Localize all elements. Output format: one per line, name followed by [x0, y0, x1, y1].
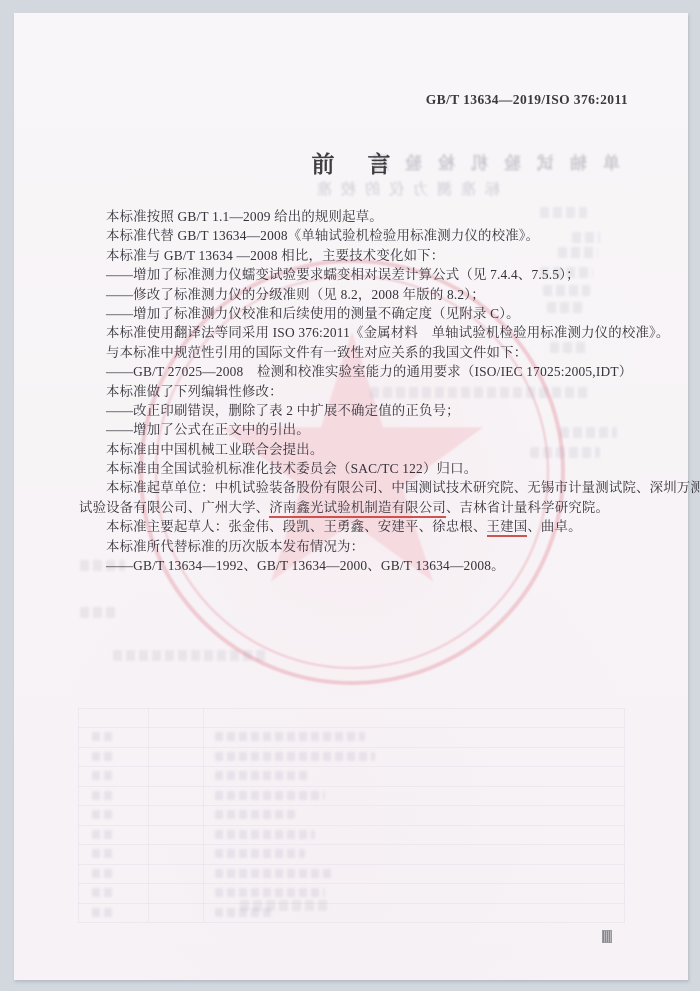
foreword-line: ——GB/T 27025—2008 检测和校准实验室能力的通用要求（ISO/IE… — [79, 362, 664, 381]
bleed-through-table-line — [78, 825, 625, 826]
foreword-line: 试验设备有限公司、广州大学、济南鑫光试验机制造有限公司、吉林省计量科学研究院。 — [79, 498, 664, 517]
foreword-line-text: 本标准使用翻译法等同采用 ISO 376:2011《金属材料 单轴试验机检验用标… — [106, 325, 670, 340]
foreword-line: 本标准按照 GB/T 1.1—2009 给出的规则起草。 — [79, 207, 664, 226]
bleed-through-table-cell — [215, 830, 315, 839]
foreword-line: ——改正印刷错误，删除了表 2 中扩展不确定值的正负号； — [79, 401, 664, 420]
foreword-line-text: ——增加了标准测力仪蠕变试验要求蠕变相对误差计算公式（见 7.4.4、7.5.5… — [106, 267, 580, 282]
bleed-through-table-cell — [215, 771, 310, 780]
foreword-line: 本标准由全国试验机标准化技术委员会（SAC/TC 122）归口。 — [79, 459, 664, 478]
bleed-through-table-cell — [215, 732, 365, 741]
foreword-line: 本标准起草单位：中机试验装备股份有限公司、中国测试技术研究院、无锡市计量测试院、… — [79, 478, 664, 497]
scanned-standard-page: { "page_header": { "standard_code": "GB/… — [0, 0, 700, 991]
foreword-line: ——增加了标准测力仪蠕变试验要求蠕变相对误差计算公式（见 7.4.4、7.5.5… — [79, 265, 664, 284]
foreword-line-text: 与本标准中规范性引用的国际文件有一致性对应关系的我国文件如下： — [106, 345, 527, 360]
bleed-through-table-line — [78, 844, 625, 845]
bleed-through-table-line — [78, 747, 625, 748]
foreword-line: 本标准由中国机械工业联合会提出。 — [79, 440, 664, 459]
foreword-line-text: ——GB/T 27025—2008 检测和校准实验室能力的通用要求（ISO/IE… — [106, 364, 632, 379]
bleed-through-table-cell — [92, 830, 114, 839]
foreword-line: 本标准所代替标准的历次版本发布情况为： — [79, 537, 664, 556]
foreword-line-text: 、吉林省计量科学研究院。 — [446, 500, 609, 515]
bleed-through-table-line — [148, 708, 149, 922]
bleed-through-table-cell — [215, 791, 325, 800]
bleed-through-table-line — [78, 727, 625, 728]
standard-code: GB/T 13634—2019/ISO 376:2011 — [426, 92, 628, 108]
foreword-line: 本标准与 GB/T 13634 —2008 相比，主要技术变化如下： — [79, 246, 664, 265]
foreword-line: 与本标准中规范性引用的国际文件有一致性对应关系的我国文件如下： — [79, 343, 664, 362]
bleed-through-table-line — [78, 903, 625, 904]
foreword-line-text: ——修改了标准测力仪的分级准则（见 8.2，2008 年版的 8.2）； — [106, 287, 485, 302]
foreword-line-text: 本标准由中国机械工业联合会提出。 — [106, 442, 323, 457]
foreword-title-char: 前 — [312, 146, 335, 179]
foreword-line-text: 本标准按照 GB/T 1.1—2009 给出的规则起草。 — [106, 209, 383, 224]
foreword-title: 前 言 — [14, 146, 688, 179]
bleed-through-fragment — [240, 900, 330, 911]
foreword-line-text: 本标准代替 GB/T 13634—2008《单轴试验机检验用标准测力仪的校准》。 — [106, 228, 539, 243]
foreword-line-text: 本标准起草单位：中机试验装备股份有限公司、中国测试技术研究院、无锡市计量测试院、… — [106, 480, 700, 495]
bleed-through-table-line — [78, 766, 625, 767]
foreword-line-text: ——改正印刷错误，删除了表 2 中扩展不确定值的正负号； — [106, 403, 460, 418]
bleed-through-table-cell — [92, 849, 114, 858]
foreword-line: ——GB/T 13634—1992、GB/T 13634—2000、GB/T 1… — [79, 556, 664, 575]
foreword-line-text: ——增加了公式在正文中的引出。 — [106, 422, 310, 437]
bleed-through-table-cell — [215, 869, 335, 878]
foreword-line-text: 、曲卓。 — [527, 519, 581, 534]
bleed-through-table-cell — [215, 849, 305, 858]
bleed-through-table-cell — [92, 752, 114, 761]
paper-sheet: 单轴试验机检验用 标准测力仪的校准 GB/T 13634—2019/ISO 37… — [14, 13, 688, 980]
bleed-through-table-cell — [215, 752, 375, 761]
bleed-through-table-line — [78, 864, 625, 865]
bleed-through-table-cell — [92, 888, 114, 897]
foreword-line: 本标准使用翻译法等同采用 ISO 376:2011《金属材料 单轴试验机检验用标… — [79, 323, 664, 342]
bleed-through-table-cell — [215, 810, 295, 819]
bleed-through-table-cell — [92, 908, 114, 917]
printer-mark-icon — [602, 930, 612, 943]
bleed-through-table-cell — [215, 888, 325, 897]
foreword-body: 本标准按照 GB/T 1.1—2009 给出的规则起草。本标准代替 GB/T 1… — [79, 207, 664, 575]
foreword-line-text: 试验设备有限公司、广州大学、 — [79, 500, 269, 515]
bleed-through-table-line — [624, 708, 625, 922]
bleed-through-table-cell — [92, 810, 114, 819]
bleed-through-table-cell — [92, 791, 114, 800]
foreword-line: 本标准主要起草人：张金伟、段凯、王勇鑫、安建平、徐忠根、王建国、曲卓。 — [79, 517, 664, 536]
foreword-line-text: ——增加了标准测力仪校准和后续使用的测量不确定度（见附录 C）。 — [106, 306, 520, 321]
bleed-through-table-line — [78, 708, 625, 709]
bleed-through-title-line2: 标准测力仪的校准 — [300, 178, 500, 199]
bleed-through-fragment — [80, 607, 115, 618]
bleed-through-table-cell — [215, 908, 275, 917]
bleed-through-table-cell — [92, 771, 114, 780]
foreword-line: ——修改了标准测力仪的分级准则（见 8.2，2008 年版的 8.2）； — [79, 285, 664, 304]
foreword-line: 本标准代替 GB/T 13634—2008《单轴试验机检验用标准测力仪的校准》。 — [79, 226, 664, 245]
bleed-through-table-line — [78, 786, 625, 787]
bleed-through-table-line — [78, 805, 625, 806]
bleed-through-table-line — [203, 708, 204, 922]
bleed-through-fragment — [113, 650, 268, 661]
foreword-line: 本标准做了下列编辑性修改： — [79, 382, 664, 401]
bleed-through-table-cell — [92, 732, 114, 741]
foreword-line: ——增加了公式在正文中的引出。 — [79, 420, 664, 439]
foreword-title-char: 言 — [368, 146, 391, 179]
foreword-line-text: ——GB/T 13634—1992、GB/T 13634—2000、GB/T 1… — [106, 558, 505, 573]
bleed-through-table — [78, 708, 625, 922]
bleed-through-table-line — [78, 708, 79, 922]
bleed-through-table-line — [78, 883, 625, 884]
foreword-line-text: 本标准与 GB/T 13634 —2008 相比，主要技术变化如下： — [106, 248, 444, 263]
bleed-through-table-line — [78, 922, 625, 923]
foreword-line-text: 本标准所代替标准的历次版本发布情况为： — [106, 539, 364, 554]
foreword-line-text: 本标准做了下列编辑性修改： — [106, 384, 283, 399]
bleed-through-table-cell — [92, 869, 114, 878]
red-underline-annotation: 王建国 — [487, 519, 528, 537]
red-underline-annotation: 济南鑫光试验机制造有限公司 — [269, 500, 446, 518]
foreword-line-text: 本标准主要起草人：张金伟、段凯、王勇鑫、安建平、徐忠根、 — [106, 519, 487, 534]
foreword-line-text: 本标准由全国试验机标准化技术委员会（SAC/TC 122）归口。 — [106, 461, 477, 476]
foreword-line: ——增加了标准测力仪校准和后续使用的测量不确定度（见附录 C）。 — [79, 304, 664, 323]
